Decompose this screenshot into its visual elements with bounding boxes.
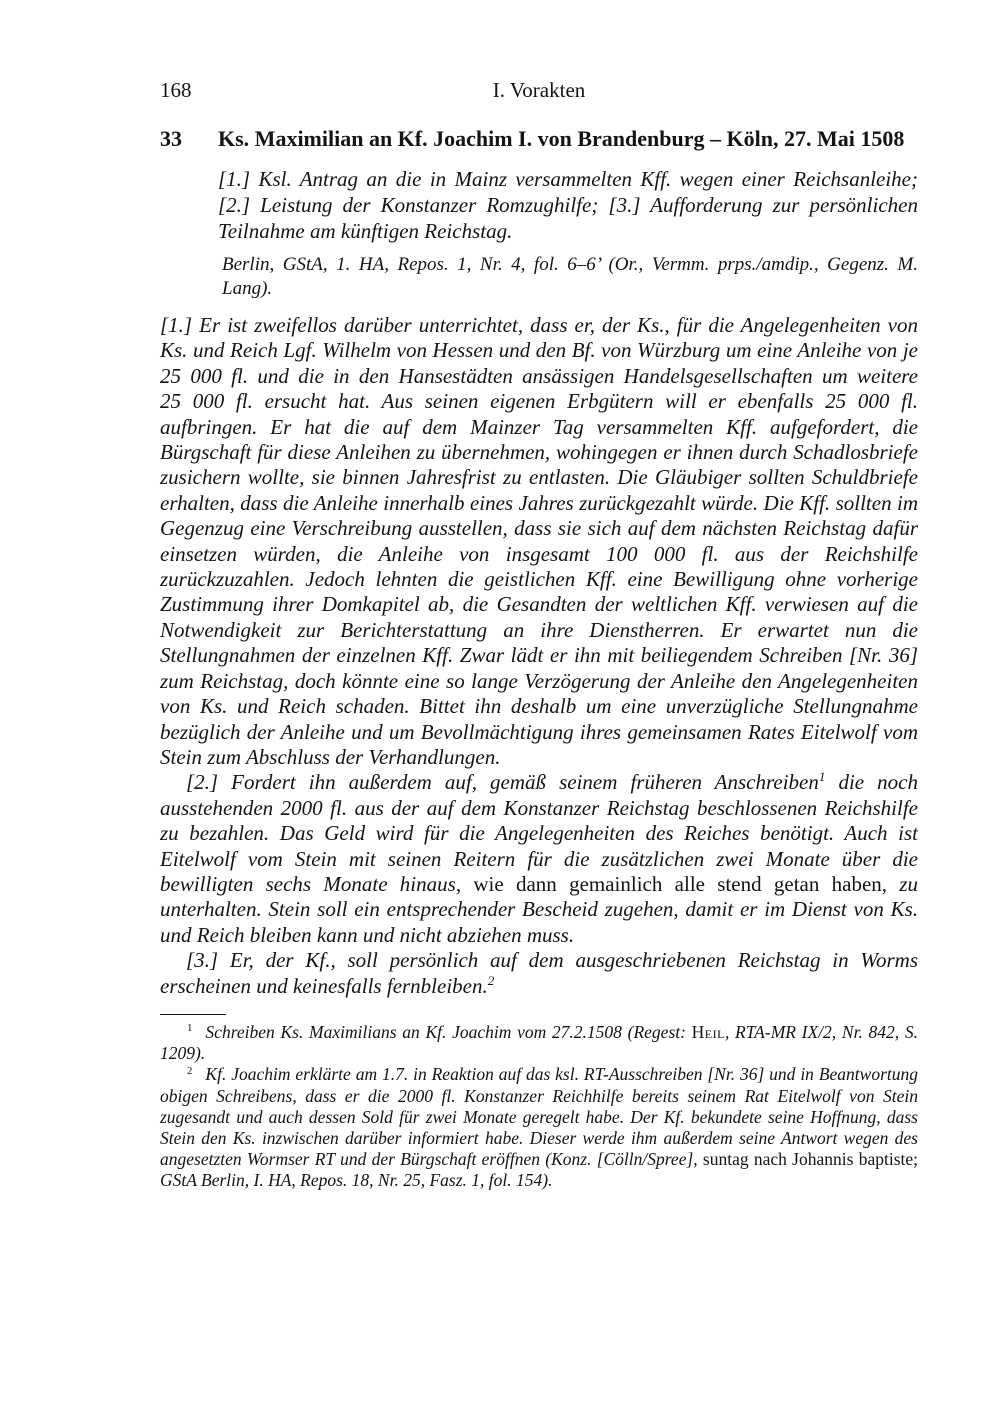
paragraph-3-text: [3.] Er, der Kf., soll persönlich auf de… [160, 948, 918, 997]
footnote-2: 2Kf. Joachim erklärte am 1.7. in Reaktio… [160, 1064, 918, 1191]
entry-number: 33 [160, 126, 218, 152]
footnote-separator [160, 1014, 226, 1015]
paragraph-2: [2.] Fordert ihn außerdem auf, gemäß sei… [160, 770, 918, 948]
book-page: 168 I. Vorakten 33 Ks. Maximilian an Kf.… [160, 0, 918, 1192]
footnotes-section: 1Schreiben Ks. Maximilians an Kf. Joachi… [160, 1022, 918, 1192]
quoted-date-phrase: suntag nach Johannis baptiste; [703, 1149, 918, 1169]
page-header: 168 I. Vorakten [160, 78, 918, 108]
footnote-1: 1Schreiben Ks. Maximilians an Kf. Joachi… [160, 1022, 918, 1064]
regest-body: [1.] Er ist zweifellos darüber unterrich… [160, 313, 918, 999]
quoted-source-phrase: wie dann gemainlich alle stend getan hab… [473, 872, 887, 896]
paragraph-2-text: [2.] Fordert ihn außerdem auf, gemäß sei… [186, 770, 819, 794]
footnote-2-text-end: GStA Berlin, I. HA, Repos. 18, Nr. 25, F… [160, 1170, 552, 1190]
entry-summary: [1.] Ksl. Antrag an die in Mainz versamm… [218, 166, 918, 244]
footnote-ref-2: 2 [488, 973, 495, 988]
paragraph-1: [1.] Er ist zweifellos darüber unterrich… [160, 313, 918, 770]
entry-heading: 33 Ks. Maximilian an Kf. Joachim I. von … [160, 126, 918, 152]
running-title: I. Vorakten [160, 78, 918, 103]
paragraph-3: [3.] Er, der Kf., soll persönlich auf de… [160, 948, 918, 999]
footnote-2-marker: 2 [187, 1065, 192, 1077]
paragraph-1-text: [1.] Er ist zweifellos darüber unterrich… [160, 313, 918, 769]
author-name-smallcaps: Heil [692, 1022, 725, 1042]
footnote-1-marker: 1 [187, 1022, 192, 1034]
source-citation: Berlin, GStA, 1. HA, Repos. 1, Nr. 4, fo… [222, 253, 918, 300]
footnote-1-text: Schreiben Ks. Maximilians an Kf. Joachim… [205, 1022, 691, 1042]
entry-title: Ks. Maximilian an Kf. Joachim I. von Bra… [218, 126, 918, 152]
